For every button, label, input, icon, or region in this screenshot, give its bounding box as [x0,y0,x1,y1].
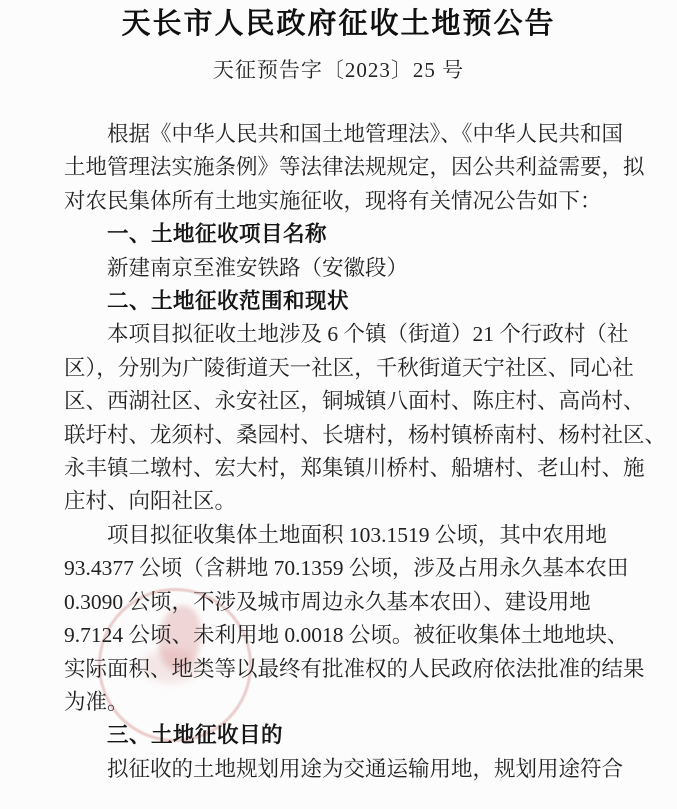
section-heading: 二、土地征收范围和现状 [64,285,647,318]
body-line: 土地管理法实施条例》等法律法规规定，因公共利益需要，拟 [64,151,647,184]
body-line: 9.7124 公顷、未利用地 0.0018 公顷。被征收集体土地地块、 [64,619,647,652]
body-line: 0.3090 公顷，不涉及城市周边永久基本农田）、建设用地 [64,586,647,619]
body-line: 实际面积、地类等以最终有批准权的人民政府依法批准的结果 [64,653,647,686]
body-line: 本项目拟征收土地涉及 6 个镇（街道）21 个行政村（社 [64,318,647,351]
body-line: 对农民集体所有土地实施征收，现将有关情况公告如下： [64,185,647,218]
body-line: 庄村、向阳社区。 [64,485,647,518]
document-page: 天长市人民政府征收土地预公告 天征预告字〔2023〕25 号 根据《中华人民共和… [0,0,677,809]
body-line: 项目拟征收集体土地面积 103.1519 公顷，其中农用地 [64,519,647,552]
body-line: 区），分别为广陵街道天一社区，千秋街道天宁社区、同心社 [64,352,647,385]
section-heading: 三、土地征收目的 [64,719,647,752]
body-line: 区、西湖社区、永安社区，铜城镇八面村、陈庄村、高尚村、 [64,385,647,418]
section-heading: 一、土地征收项目名称 [64,218,647,251]
body-line: 93.4377 公顷（含耕地 70.1359 公顷，涉及占用永久基本农田 [64,552,647,585]
body-line: 永丰镇二墩村、宏大村，郑集镇川桥村、船塘村、老山村、施 [64,452,647,485]
body-line: 为准。 [64,686,647,719]
body-line: 拟征收的土地规划用途为交通运输用地，规划用途符合 [64,753,647,786]
document-body: 根据《中华人民共和国土地管理法》、《中华人民共和国土地管理法实施条例》等法律法规… [0,118,677,786]
body-line: 联圩村、龙须村、桑园村、长塘村，杨村镇桥南村、杨村社区、 [64,419,647,452]
document-title: 天长市人民政府征收土地预公告 [0,6,677,42]
body-line: 新建南京至淮安铁路（安徽段） [64,252,647,285]
body-line: 根据《中华人民共和国土地管理法》、《中华人民共和国 [64,118,647,151]
document-number: 天征预告字〔2023〕25 号 [0,56,677,84]
